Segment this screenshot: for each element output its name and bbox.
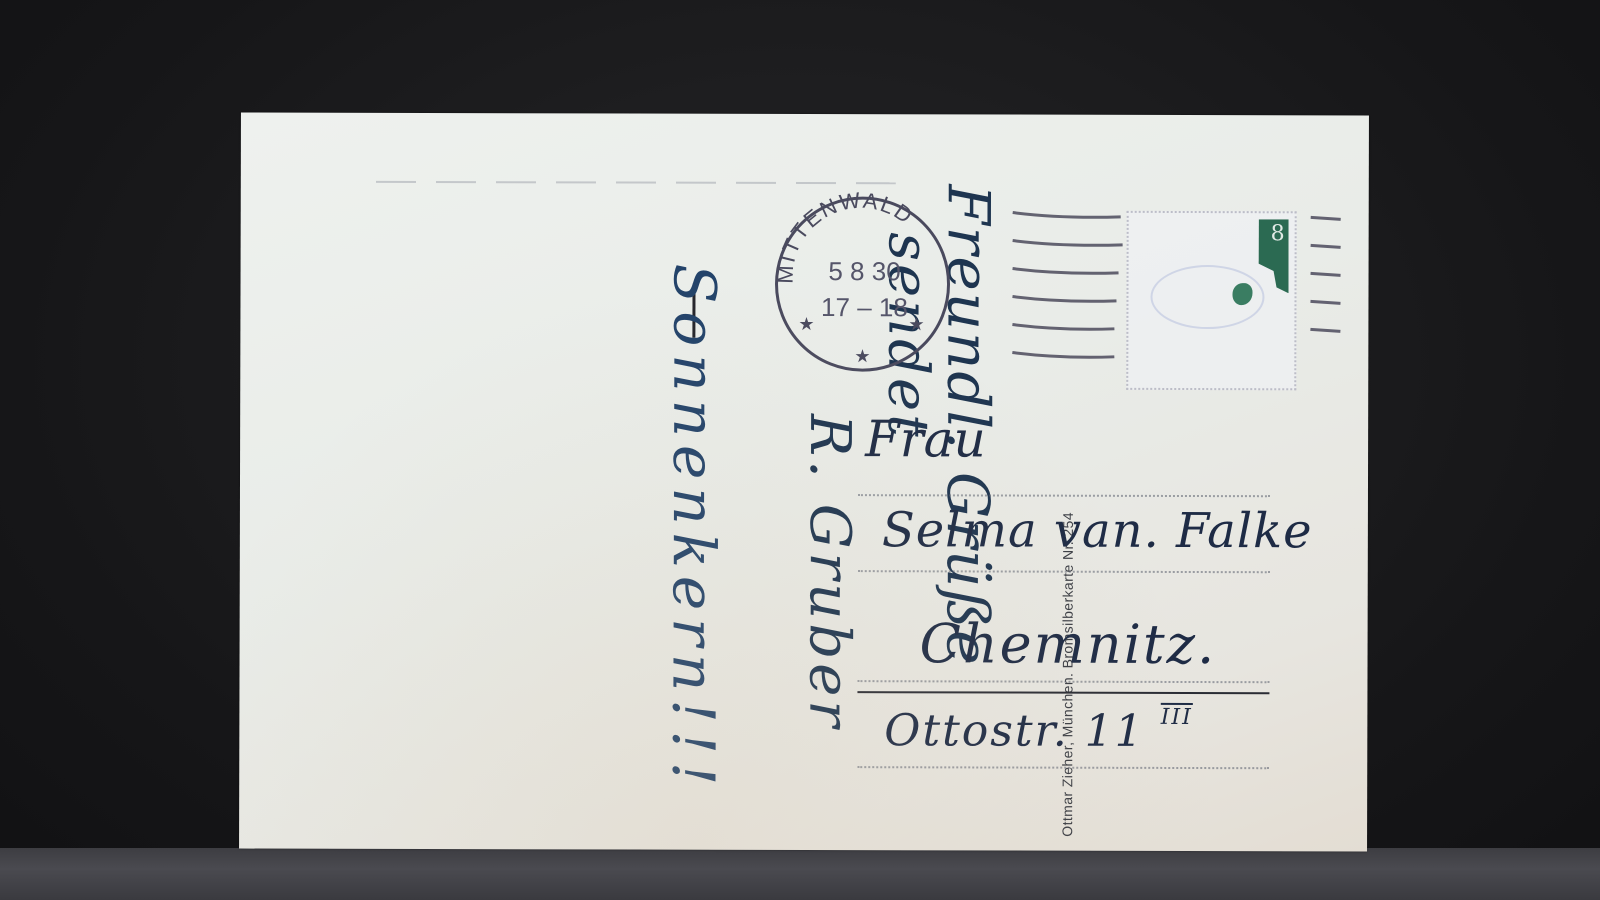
postcard: Freundl. Grüße sendet R. Gruber Sonnenke… — [239, 113, 1369, 852]
stamp-value: 8 — [1271, 221, 1285, 246]
postmark-circle: MITTENWALD 5 8 30 17 – 18 ★ ★ ★ — [768, 190, 956, 378]
postmark-time: 17 – 18 — [821, 292, 908, 322]
address-street: Ottostr. 11 III — [884, 704, 1193, 757]
faint-pencil-line — [376, 181, 896, 184]
star-icon: ★ — [908, 314, 924, 334]
postmark-date: 5 8 30 — [828, 256, 900, 286]
message-line-closing: Sonnenkern!!! — [659, 264, 728, 794]
address-dotted-line — [858, 494, 1270, 497]
address-name: Selma van. Falke — [882, 502, 1313, 559]
star-icon: ★ — [854, 346, 870, 366]
street-text: Ottostr. 11 — [884, 705, 1144, 757]
floor-text: III — [1161, 705, 1193, 730]
star-icon: ★ — [798, 314, 814, 334]
address-title: Frau — [865, 410, 986, 468]
display-shelf — [0, 848, 1600, 900]
address-city: Chemnitz. — [919, 612, 1216, 676]
message-line-signature: R. Gruber — [796, 414, 862, 731]
postage-stamp: 8 — [1126, 211, 1296, 390]
